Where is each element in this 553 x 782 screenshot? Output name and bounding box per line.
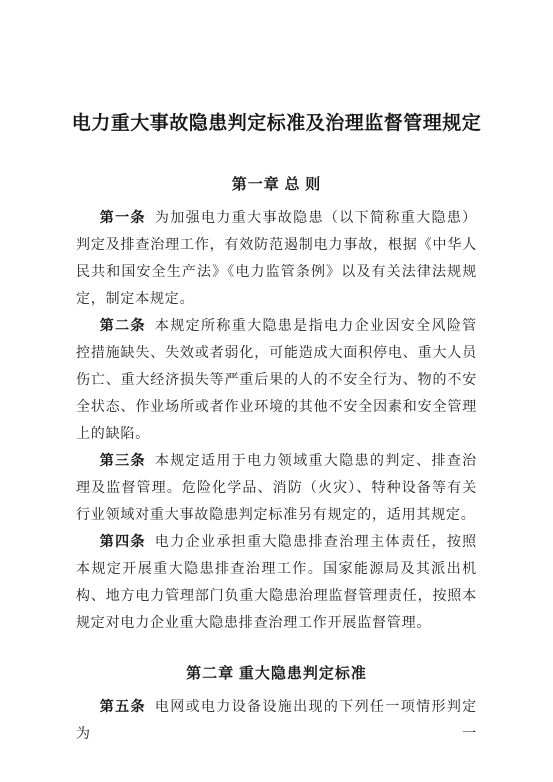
document-title: 电力重大事故隐患判定标准及治理监督管理规定 xyxy=(0,110,553,137)
chapter-2-body: 第五条电网或电力设备设施出现的下列任一项情形判定为一 xyxy=(76,694,477,748)
article-1-label: 第一条 xyxy=(100,211,146,226)
article-4-paragraph: 第四条电力企业承担重大隐患排查治理主体责任，按照本规定开展重大隐患排查治理工作。… xyxy=(76,529,477,637)
article-4-label: 第四条 xyxy=(100,535,146,550)
chapter-1-heading: 第一章 总 则 xyxy=(0,175,553,196)
article-2-label: 第二条 xyxy=(100,319,146,334)
article-1-paragraph: 第一条为加强电力重大事故隐患（以下简称重大隐患）判定及排查治理工作，有效防范遏制… xyxy=(76,205,477,313)
chapter-2-heading: 第二章 重大隐患判定标准 xyxy=(0,664,553,685)
article-2-text: 本规定所称重大隐患是指电力企业因安全风险管控措施缺失、失效或者弱化，可能造成大面… xyxy=(76,319,477,442)
chapter-1-body: 第一条为加强电力重大事故隐患（以下简称重大隐患）判定及排查治理工作，有效防范遏制… xyxy=(76,205,477,637)
article-5-label: 第五条 xyxy=(100,700,146,715)
article-2-paragraph: 第二条本规定所称重大隐患是指电力企业因安全风险管控措施缺失、失效或者弱化，可能造… xyxy=(76,313,477,448)
document-page: 电力重大事故隐患判定标准及治理监督管理规定 第一章 总 则 第一条为加强电力重大… xyxy=(0,0,553,782)
article-5-paragraph: 第五条电网或电力设备设施出现的下列任一项情形判定为一 xyxy=(76,694,477,748)
article-3-label: 第三条 xyxy=(100,454,146,469)
article-3-paragraph: 第三条本规定适用于电力领域重大隐患的判定、排查治理及监督管理。危险化学品、消防（… xyxy=(76,448,477,529)
